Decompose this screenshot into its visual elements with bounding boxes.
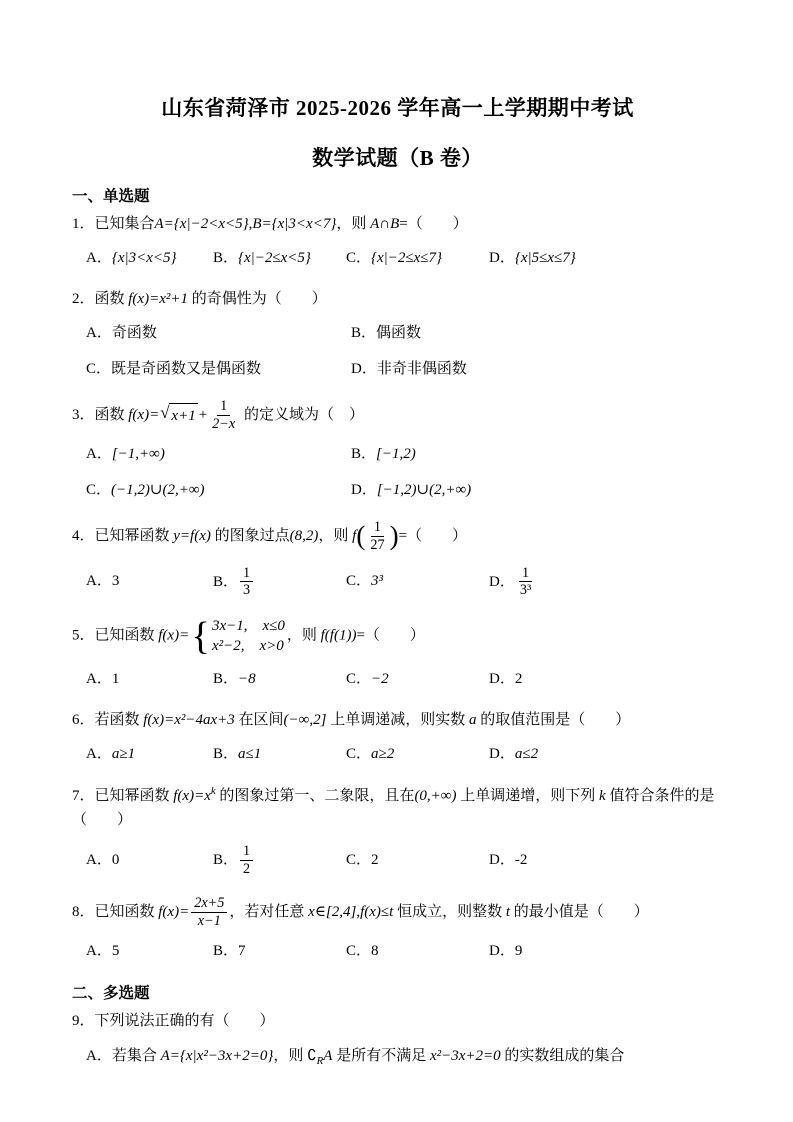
question-1-option-c: C．{x|−2≤x≤7}	[346, 247, 489, 270]
text-run: B．	[213, 250, 238, 266]
text-run: 3．函数	[72, 407, 128, 423]
text-run: [−1,2)∪(2,+∞)	[377, 482, 471, 498]
text-run: −2	[371, 671, 389, 687]
text-run: f(x)=	[158, 904, 189, 920]
text-run: 6．若函数	[72, 712, 143, 728]
text-run: 3x−1, x≤0	[212, 618, 285, 634]
question-6-options: A．a≥1 B．a≤1 C．a≥2 D．a≤2	[72, 743, 723, 766]
text-run: B．	[213, 573, 238, 589]
text-run: 7．已知幂函数	[72, 788, 173, 804]
text-run: B．	[213, 671, 238, 687]
text-run: {x|−2≤x≤7}	[371, 250, 442, 266]
text-run: C．	[346, 250, 371, 266]
text-run: 的取值范围是（ ）	[476, 712, 630, 728]
question-1-options: A．{x|3<x<5} B．{x|−2≤x<5} C．{x|−2≤x≤7} D．…	[72, 247, 723, 270]
text-run: C．	[346, 671, 371, 687]
fraction: 12	[240, 843, 253, 878]
question-4: 4．已知幂函数 y=f(x) 的图象过点(8,2)，则 f(127)=（ ） A…	[72, 519, 723, 599]
text-run: {x|−2≤x<5}	[238, 250, 311, 266]
question-5-option-b: B．−8	[213, 668, 346, 691]
question-7-option-c: C．2	[346, 849, 489, 872]
text-run: ，则	[273, 1048, 307, 1064]
text-run: =（ ）	[399, 216, 467, 232]
question-2-option-d: D．非奇非偶函数	[351, 358, 723, 381]
text-run: A．0	[86, 852, 119, 868]
question-4-stem: 4．已知幂函数 y=f(x) 的图象过点(8,2)，则 f(127)=（ ）	[72, 519, 723, 554]
text-run: A．	[86, 746, 112, 762]
question-5-option-a: A．1	[86, 668, 213, 691]
square-root: √x+1	[160, 403, 198, 428]
text-run: f(x)=	[128, 407, 159, 423]
fraction: 13³	[517, 565, 534, 600]
text-run: 恒成立，则整数	[393, 904, 506, 920]
text-run: (	[356, 520, 365, 550]
question-2-stem: 2．函数 f(x)=x²+1 的奇偶性为（ ）	[72, 287, 723, 311]
text-run: (−∞,2]	[284, 712, 327, 728]
text-run: ，若对任意	[229, 904, 308, 920]
text-run: f(x)=x	[173, 788, 211, 804]
question-6-option-c: C．a≥2	[346, 743, 489, 766]
question-5-option-d: D．2	[489, 668, 723, 691]
text-run: {x|5≤x≤7}	[515, 250, 576, 266]
text-run: x²−2, x>0	[212, 638, 284, 654]
text-run: ，则	[287, 628, 321, 644]
text-run: f(x)=	[158, 628, 189, 644]
text-run: 2	[243, 861, 250, 877]
question-9: 9．下列说法正确的有（ ） A．若集合 A={x|x²−3x+2=0}，则 ∁R…	[72, 1009, 723, 1070]
text-run: =（ ）	[356, 628, 424, 644]
text-run: 1	[220, 398, 227, 414]
text-run: A={x|−2<x<5}	[155, 216, 249, 232]
piecewise-cases: {3x−1, x≤0x²−2, x>0	[191, 616, 285, 657]
question-8-options: A．5 B．7 C．8 D．9	[72, 940, 723, 963]
text-run: 的图象过点	[211, 528, 290, 544]
text-run: C．8	[346, 943, 379, 959]
text-run: D．非奇非偶函数	[351, 361, 467, 377]
text-run: B．7	[213, 943, 246, 959]
text-run: ，则	[318, 528, 352, 544]
text-run: ∩	[379, 216, 390, 232]
text-run: f(x)=x²−4ax+3	[143, 712, 235, 728]
question-1-option-a: A．{x|3<x<5}	[86, 247, 213, 270]
text-run: 的奇偶性为（ ）	[188, 291, 327, 307]
text-run: A．	[86, 250, 112, 266]
text-run: D．9	[489, 943, 522, 959]
question-4-option-d: D．13³	[489, 565, 723, 600]
text-run: 8．已知函数	[72, 904, 158, 920]
exam-title: 山东省菏泽市 2025-2026 学年高一上学期期中考试	[72, 92, 723, 122]
text-run: A．3	[86, 573, 119, 589]
text-run: x−1	[198, 913, 221, 929]
question-8-option-d: D．9	[489, 940, 723, 963]
question-2-option-b: B．偶函数	[351, 322, 723, 345]
text-run: C．	[346, 573, 371, 589]
text-run: A．奇函数	[86, 325, 157, 341]
question-9-stem: 9．下列说法正确的有（ ）	[72, 1009, 723, 1033]
question-3: 3．函数 f(x)=√x+1+12−x 的定义域为（ ） A．[−1,+∞) B…	[72, 398, 723, 502]
text-run: 的定义域为（ ）	[240, 407, 364, 423]
question-3-option-b: B．[−1,2)	[351, 443, 723, 466]
text-run: D．	[351, 482, 377, 498]
text-run: a≥1	[112, 746, 135, 762]
question-2-option-c: C．既是奇函数又是偶函数	[86, 358, 351, 381]
section-heading-single-choice: 一、单选题	[72, 184, 723, 206]
text-run: B={x|3<x<7}	[252, 216, 336, 232]
text-run: 在区间	[235, 712, 284, 728]
question-6-stem: 6．若函数 f(x)=x²−4ax+3 在区间(−∞,2] 上单调递减，则实数 …	[72, 708, 723, 732]
text-run: (8,2)	[290, 528, 319, 544]
question-1-stem: 1．已知集合A={x|−2<x<5},B={x|3<x<7}，则 A∩B=（ ）	[72, 212, 723, 236]
text-run: 3³	[520, 582, 531, 598]
question-7-option-d: D．-2	[489, 849, 723, 872]
text-run: k	[599, 788, 606, 804]
text-run: D．	[489, 746, 515, 762]
text-run: [−1,2)	[376, 446, 416, 462]
fraction: 127	[367, 519, 387, 554]
text-run: (0,+∞)	[414, 788, 456, 804]
question-4-option-c: C．3³	[346, 570, 489, 593]
exam-subtitle: 数学试题（B 卷）	[72, 142, 723, 172]
text-run: D．-2	[489, 852, 527, 868]
question-7: 7．已知幂函数 f(x)=xk 的图象过第一、二象限，且在(0,+∞) 上单调递…	[72, 783, 723, 878]
question-8-stem: 8．已知函数 f(x)=2x+5x−1，若对任意 x∈[2,4],f(x)≤t …	[72, 895, 723, 930]
text-run: A．5	[86, 943, 119, 959]
text-run: 2x+5	[194, 895, 224, 911]
text-run: A．若集合	[86, 1048, 161, 1064]
question-4-option-a: A．3	[86, 570, 213, 593]
question-3-stem: 3．函数 f(x)=√x+1+12−x 的定义域为（ ）	[72, 398, 723, 433]
text-run: B．	[351, 446, 376, 462]
question-1: 1．已知集合A={x|−2<x<5},B={x|3<x<7}，则 A∩B=（ ）…	[72, 212, 723, 270]
section-heading-multi-choice: 二、多选题	[72, 981, 723, 1003]
text-run: 5．已知函数	[72, 628, 158, 644]
text-run: 1．已知集合	[72, 216, 155, 232]
text-run: 2−x	[212, 416, 235, 432]
text-run: C．既是奇函数又是偶函数	[86, 361, 261, 377]
question-8-option-a: A．5	[86, 940, 213, 963]
text-run: f(x)=x²+1	[128, 291, 188, 307]
text-run: f(f(1))	[321, 628, 357, 644]
question-8-option-c: C．8	[346, 940, 489, 963]
text-run: 2．函数	[72, 291, 128, 307]
text-run: 是所有不满足	[332, 1048, 430, 1064]
question-7-option-b: B．12	[213, 843, 346, 878]
text-run: D．	[489, 573, 515, 589]
text-run: B．	[213, 852, 238, 868]
question-7-option-a: A．0	[86, 849, 213, 872]
text-run: 9．下列说法正确的有（ ）	[72, 1013, 275, 1029]
text-run: x∈[2,4]	[308, 904, 356, 920]
text-run: B．	[213, 746, 238, 762]
question-3-option-c: C．(−1,2)∪(2,+∞)	[86, 479, 351, 502]
text-run: =（ ）	[399, 528, 467, 544]
text-run: 27	[370, 537, 384, 553]
text-run: C．2	[346, 852, 379, 868]
text-run: 1	[522, 565, 529, 581]
text-run: f(x)≤t	[360, 904, 393, 920]
question-8-option-b: B．7	[213, 940, 346, 963]
question-1-option-d: D．{x|5≤x≤7}	[489, 247, 723, 270]
text-run: −8	[238, 671, 256, 687]
question-7-stem: 7．已知幂函数 f(x)=xk 的图象过第一、二象限，且在(0,+∞) 上单调递…	[72, 783, 723, 832]
text-run: 1	[374, 519, 381, 535]
text-run: A	[370, 216, 379, 232]
question-3-options: A．[−1,+∞) B．[−1,2) C．(−1,2)∪(2,+∞) D．[−1…	[72, 443, 723, 502]
question-6-option-b: B．a≤1	[213, 743, 346, 766]
text-run: x²−3x+2=0	[430, 1048, 501, 1064]
question-4-options: A．3 B．13 C．3³ D．13³	[72, 565, 723, 600]
text-run: B．偶函数	[351, 325, 421, 341]
question-8: 8．已知函数 f(x)=2x+5x−1，若对任意 x∈[2,4],f(x)≤t …	[72, 895, 723, 964]
fraction: 13	[240, 565, 253, 600]
text-run: a≥2	[371, 746, 394, 762]
text-run: 的最小值是（ ）	[510, 904, 649, 920]
text-run: y=f(x)	[173, 528, 211, 544]
question-3-option-d: D．[−1,2)∪(2,+∞)	[351, 479, 723, 502]
text-run: D．2	[489, 671, 522, 687]
text-run: [−1,+∞)	[112, 446, 165, 462]
text-run: 1	[243, 565, 250, 581]
text-run: A．1	[86, 671, 119, 687]
fraction: 2x+5x−1	[191, 895, 227, 930]
question-2-options: A．奇函数 B．偶函数 C．既是奇函数又是偶函数 D．非奇非偶函数	[72, 322, 723, 381]
question-7-options: A．0 B．12 C．2 D．-2	[72, 843, 723, 878]
text-run: C．	[346, 746, 371, 762]
text-run: ∁	[307, 1048, 317, 1064]
text-run: 的图象过第一、二象限，且在	[216, 788, 415, 804]
question-1-option-b: B．{x|−2≤x<5}	[213, 247, 346, 270]
text-run: D．	[489, 250, 515, 266]
text-run: x+1	[171, 408, 195, 424]
question-9-option-a: A．若集合 A={x|x²−3x+2=0}，则 ∁RA 是所有不满足 x²−3x…	[72, 1044, 723, 1070]
text-run: 4．已知幂函数	[72, 528, 173, 544]
question-2-option-a: A．奇函数	[86, 322, 351, 345]
question-5: 5．已知函数 f(x)={3x−1, x≤0x²−2, x>0，则 f(f(1)…	[72, 616, 723, 691]
text-run: )	[390, 520, 399, 550]
question-6: 6．若函数 f(x)=x²−4ax+3 在区间(−∞,2] 上单调递减，则实数 …	[72, 708, 723, 766]
text-run: 3	[243, 582, 250, 598]
fraction: 12−x	[209, 398, 238, 433]
text-run: ，则	[336, 216, 370, 232]
text-run: 上单调递增，则下列	[457, 788, 600, 804]
text-run: a≤2	[515, 746, 538, 762]
text-run: a≤1	[238, 746, 261, 762]
text-run: 上单调递减，则实数	[326, 712, 469, 728]
text-run: B	[390, 216, 399, 232]
text-run: A．	[86, 446, 112, 462]
question-6-option-d: D．a≤2	[489, 743, 723, 766]
question-4-option-b: B．13	[213, 565, 346, 600]
text-run: 1	[243, 843, 250, 859]
text-run: C．	[86, 482, 111, 498]
text-run: {x|3<x<5}	[112, 250, 177, 266]
question-3-option-a: A．[−1,+∞)	[86, 443, 351, 466]
question-5-options: A．1 B．−8 C．−2 D．2	[72, 668, 723, 691]
question-5-option-c: C．−2	[346, 668, 489, 691]
text-run: 的实数组成的集合	[501, 1048, 625, 1064]
exam-paper-page: 山东省菏泽市 2025-2026 学年高一上学期期中考试 数学试题（B 卷） 一…	[0, 0, 793, 1122]
text-run: 3³	[371, 573, 383, 589]
question-6-option-a: A．a≥1	[86, 743, 213, 766]
question-2: 2．函数 f(x)=x²+1 的奇偶性为（ ） A．奇函数 B．偶函数 C．既是…	[72, 287, 723, 381]
text-run: (−1,2)∪(2,+∞)	[111, 482, 205, 498]
question-5-stem: 5．已知函数 f(x)={3x−1, x≤0x²−2, x>0，则 f(f(1)…	[72, 616, 723, 657]
text-run: A={x|x²−3x+2=0}	[161, 1048, 274, 1064]
text-run: +	[199, 407, 207, 423]
